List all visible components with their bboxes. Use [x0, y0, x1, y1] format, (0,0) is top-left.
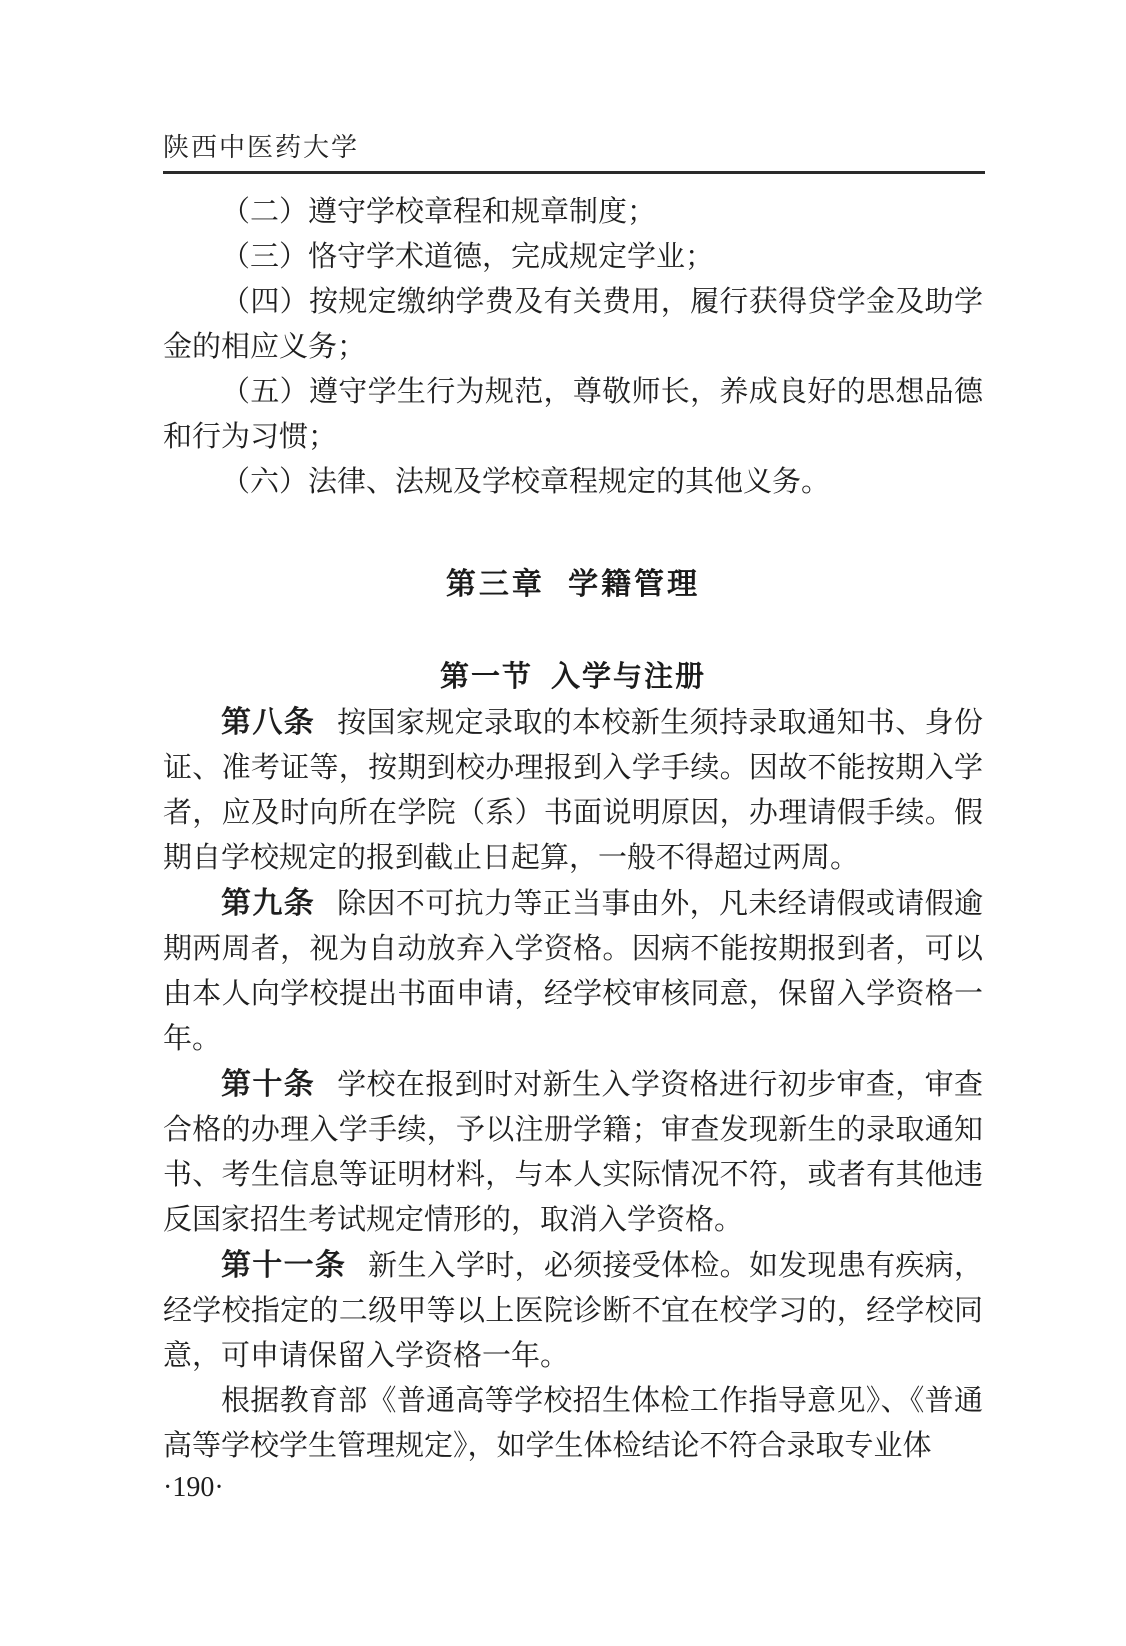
- document-content: （二）遵守学校章程和规章制度； （三）恪守学术道德，完成规定学业； （四）按规定…: [163, 190, 983, 1469]
- list-item: （六）法律、法规及学校章程规定的其他义务。: [163, 460, 983, 505]
- article-label: 第九条: [221, 887, 315, 920]
- article-paragraph: 第九条除因不可抗力等正当事由外，凡未经请假或请假逾期两周者，视为自动放弃入学资格…: [163, 881, 983, 1062]
- document-page: 陕西中医药大学 （二）遵守学校章程和规章制度； （三）恪守学术道德，完成规定学业…: [0, 0, 1126, 1646]
- closing-paragraph: 根据教育部《普通高等学校招生体检工作指导意见》、《普通高等学校学生管理规定》，如…: [163, 1379, 983, 1469]
- list-item: （二）遵守学校章程和规章制度；: [163, 190, 983, 235]
- article-paragraph: 第十一条新生入学时，必须接受体检。如发现患有疾病，经学校指定的二级甲等以上医院诊…: [163, 1243, 983, 1379]
- list-item: （三）恪守学术道德，完成规定学业；: [163, 235, 983, 280]
- section-heading: 第一节 入学与注册: [163, 655, 983, 700]
- article-label: 第八条: [221, 706, 315, 739]
- university-name: 陕西中医药大学: [163, 132, 359, 162]
- list-item: （五）遵守学生行为规范，尊敬师长，养成良好的思想品德和行为习惯；: [163, 370, 983, 460]
- obligations-list: （二）遵守学校章程和规章制度； （三）恪守学术道德，完成规定学业； （四）按规定…: [163, 190, 983, 505]
- article-paragraph: 第八条按国家规定录取的本校新生须持录取通知书、身份证、准考证等，按期到校办理报到…: [163, 700, 983, 881]
- running-header: 陕西中医药大学: [163, 131, 985, 174]
- article-paragraph: 第十条学校在报到时对新生入学资格进行初步审查，审查合格的办理入学手续，予以注册学…: [163, 1062, 983, 1243]
- list-item: （四）按规定缴纳学费及有关费用，履行获得贷学金及助学金的相应义务；: [163, 280, 983, 370]
- article-label: 第十条: [221, 1068, 315, 1101]
- chapter-heading: 第三章 学籍管理: [163, 562, 983, 607]
- article-label: 第十一条: [221, 1249, 346, 1282]
- articles-section: 第八条按国家规定录取的本校新生须持录取通知书、身份证、准考证等，按期到校办理报到…: [163, 700, 983, 1469]
- page-number: ·190·: [163, 1472, 224, 1504]
